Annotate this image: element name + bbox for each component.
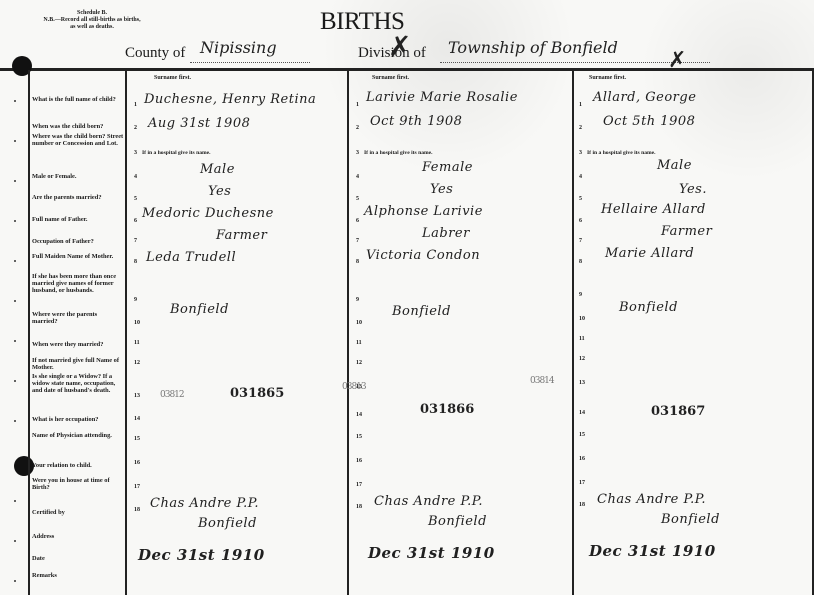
row-number: 18 (579, 502, 585, 508)
registration-number: 031866 (420, 402, 474, 417)
label-physician: Name of Physician attending. (32, 432, 124, 439)
child-name: Duchesne, Henry Retina (144, 92, 316, 107)
row-number: 12 (134, 360, 140, 366)
label-address: Address (32, 533, 124, 540)
surname-first-header: Surname first. (589, 75, 626, 81)
father-occupation: Labrer (422, 226, 470, 241)
row-number: 3 (134, 150, 137, 156)
row-number: 8 (134, 259, 137, 265)
married-where: Bonfield (170, 302, 229, 317)
row-number: 5 (134, 196, 137, 202)
label-child-name: What is the full name of child? (32, 96, 124, 103)
row-number: 2 (356, 125, 359, 131)
row-number: 12 (356, 360, 362, 366)
father-name: Medoric Duchesne (142, 206, 274, 221)
row-number: 1 (134, 102, 137, 108)
row-number: 10 (356, 320, 362, 326)
row-number: 15 (134, 436, 140, 442)
sex: Female (422, 160, 473, 175)
column-divider (812, 70, 814, 595)
row-number: 7 (579, 238, 582, 244)
schedule-note: Schedule B. N.B.—Record all still-births… (22, 10, 162, 31)
father-name: Alphonse Larivie (364, 204, 483, 219)
row-number: 18 (356, 504, 362, 510)
division-value: Township of Bonfield (448, 38, 618, 57)
label-mother-occupation: What is her occupation? (32, 416, 124, 423)
entry-column-2: Surname first. 1 2 3 If in a hospital gi… (350, 70, 570, 595)
row-number: 1 (356, 102, 359, 108)
entry-column-1: Surname first. 1 2 3 If in a hospital gi… (128, 70, 346, 595)
note-line-1: N.B.—Record all still-births as births, (22, 17, 162, 24)
county-underline (190, 62, 310, 63)
address: Bonfield (661, 512, 720, 527)
row-number: 16 (356, 458, 362, 464)
row-number: 17 (579, 480, 585, 486)
row-number: 3 (356, 150, 359, 156)
column-divider (572, 70, 574, 595)
row-number: 16 (579, 456, 585, 462)
row-number: 6 (134, 218, 137, 224)
row-number: 7 (356, 238, 359, 244)
label-place-born: Where was the child born? Street number … (32, 133, 124, 147)
label-date: Date (32, 555, 124, 562)
married-where: Bonfield (392, 304, 451, 319)
row-number: 14 (134, 416, 140, 422)
row-number: 17 (134, 484, 140, 490)
label-relation: Your relation to child. (32, 462, 124, 469)
sex: Male (200, 162, 235, 177)
row-number: 15 (579, 432, 585, 438)
note-line-2: as well as deaths. (22, 24, 162, 31)
label-father-occupation: Occupation of Father? (32, 238, 124, 245)
row-number: 11 (356, 340, 362, 346)
certified-by: Chas Andre P.P. (597, 492, 706, 507)
check-mark-icon: ✗ (388, 30, 411, 63)
row-number: 10 (134, 320, 140, 326)
address: Bonfield (198, 516, 257, 531)
row-number: 17 (356, 482, 362, 488)
registration-number: 031867 (651, 404, 705, 419)
label-when-married: When were they married? (32, 341, 124, 348)
label-in-house: Were you in house at time of Birth? (32, 477, 124, 491)
mother-maiden-name: Victoria Condon (366, 248, 480, 263)
birth-date: Aug 31st 1908 (148, 116, 250, 131)
child-name: Larivie Marie Rosalie (366, 90, 518, 105)
column-divider (125, 70, 127, 595)
row-number: 8 (579, 259, 582, 265)
column-divider (28, 70, 30, 595)
row-number: 16 (134, 460, 140, 466)
row-number: 1 (579, 102, 582, 108)
faint-stamp: 03813 (342, 382, 366, 392)
label-sex: Male or Female. (32, 173, 124, 180)
label-father-name: Full name of Father. (32, 216, 124, 223)
label-where-married: Where were the parents married? (32, 311, 124, 325)
schedule-label: Schedule B. (22, 10, 162, 17)
punch-hole (14, 456, 34, 476)
parents-married: Yes. (679, 182, 707, 197)
row-number: 18 (134, 507, 140, 513)
row-number: 10 (579, 316, 585, 322)
row-number: 11 (134, 340, 140, 346)
surname-first-header: Surname first. (154, 75, 191, 81)
father-occupation: Farmer (661, 224, 712, 239)
faint-stamp: 03814 (530, 376, 554, 386)
label-former-husband: If she has been more than once married g… (32, 273, 124, 294)
hospital-hint: If in a hospital give its name. (587, 150, 656, 156)
sex: Male (657, 158, 692, 173)
birth-date: Oct 5th 1908 (603, 114, 695, 129)
label-mother-name-unmarried: If not married give full Name of Mother. (32, 357, 124, 371)
row-number: 11 (579, 336, 585, 342)
hospital-hint: If in a hospital give its name. (142, 150, 211, 156)
address: Bonfield (428, 514, 487, 529)
certified-date: Dec 31st 1910 (589, 542, 716, 560)
hospital-hint: If in a hospital give its name. (364, 150, 433, 156)
parents-married: Yes (430, 182, 453, 197)
row-number: 14 (356, 412, 362, 418)
row-number: 13 (134, 393, 140, 399)
label-mother-maiden: Full Maiden Name of Mother. (32, 253, 124, 260)
label-parents-married: Are the parents married? (32, 194, 124, 201)
row-number: 3 (579, 150, 582, 156)
row-number: 14 (579, 410, 585, 416)
registration-number: 031865 (230, 386, 284, 401)
county-label: County of (125, 45, 185, 62)
child-name: Allard, George (593, 90, 696, 105)
row-number: 9 (134, 297, 137, 303)
row-number: 5 (579, 196, 582, 202)
birth-date: Oct 9th 1908 (370, 114, 462, 129)
row-number: 2 (134, 125, 137, 131)
certified-by: Chas Andre P.P. (374, 494, 483, 509)
row-number: 5 (356, 196, 359, 202)
parents-married: Yes (208, 184, 231, 199)
row-number: 8 (356, 259, 359, 265)
certified-by: Chas Andre P.P. (150, 496, 259, 511)
label-remarks: Remarks (32, 572, 124, 579)
row-number: 6 (579, 218, 582, 224)
row-number: 9 (356, 297, 359, 303)
surname-first-header: Surname first. (372, 75, 409, 81)
row-number: 7 (134, 238, 137, 244)
county-value: Nipissing (200, 38, 277, 57)
faint-stamp: 03812 (160, 390, 184, 400)
row-number: 6 (356, 218, 359, 224)
birth-register-page: Schedule B. N.B.—Record all still-births… (0, 0, 814, 595)
entry-column-3: Surname first. 1 2 3 If in a hospital gi… (575, 70, 811, 595)
column-divider (347, 70, 349, 595)
label-single-widow: Is she single or a Widow? If a widow sta… (32, 373, 124, 394)
row-number: 4 (134, 174, 137, 180)
row-number: 4 (356, 174, 359, 180)
label-date-born: When was the child born? (32, 123, 124, 130)
label-certified-by: Certified by (32, 509, 124, 516)
married-where: Bonfield (619, 300, 678, 315)
mother-maiden-name: Leda Trudell (146, 250, 236, 265)
certified-date: Dec 31st 1910 (138, 546, 265, 564)
father-name: Hellaire Allard (601, 202, 706, 217)
row-number: 13 (579, 380, 585, 386)
certified-date: Dec 31st 1910 (368, 544, 495, 562)
father-occupation: Farmer (216, 228, 267, 243)
row-number: 15 (356, 434, 362, 440)
row-number: 9 (579, 292, 582, 298)
row-number: 2 (579, 125, 582, 131)
mother-maiden-name: Marie Allard (605, 246, 694, 261)
row-number: 12 (579, 356, 585, 362)
row-number: 4 (579, 174, 582, 180)
